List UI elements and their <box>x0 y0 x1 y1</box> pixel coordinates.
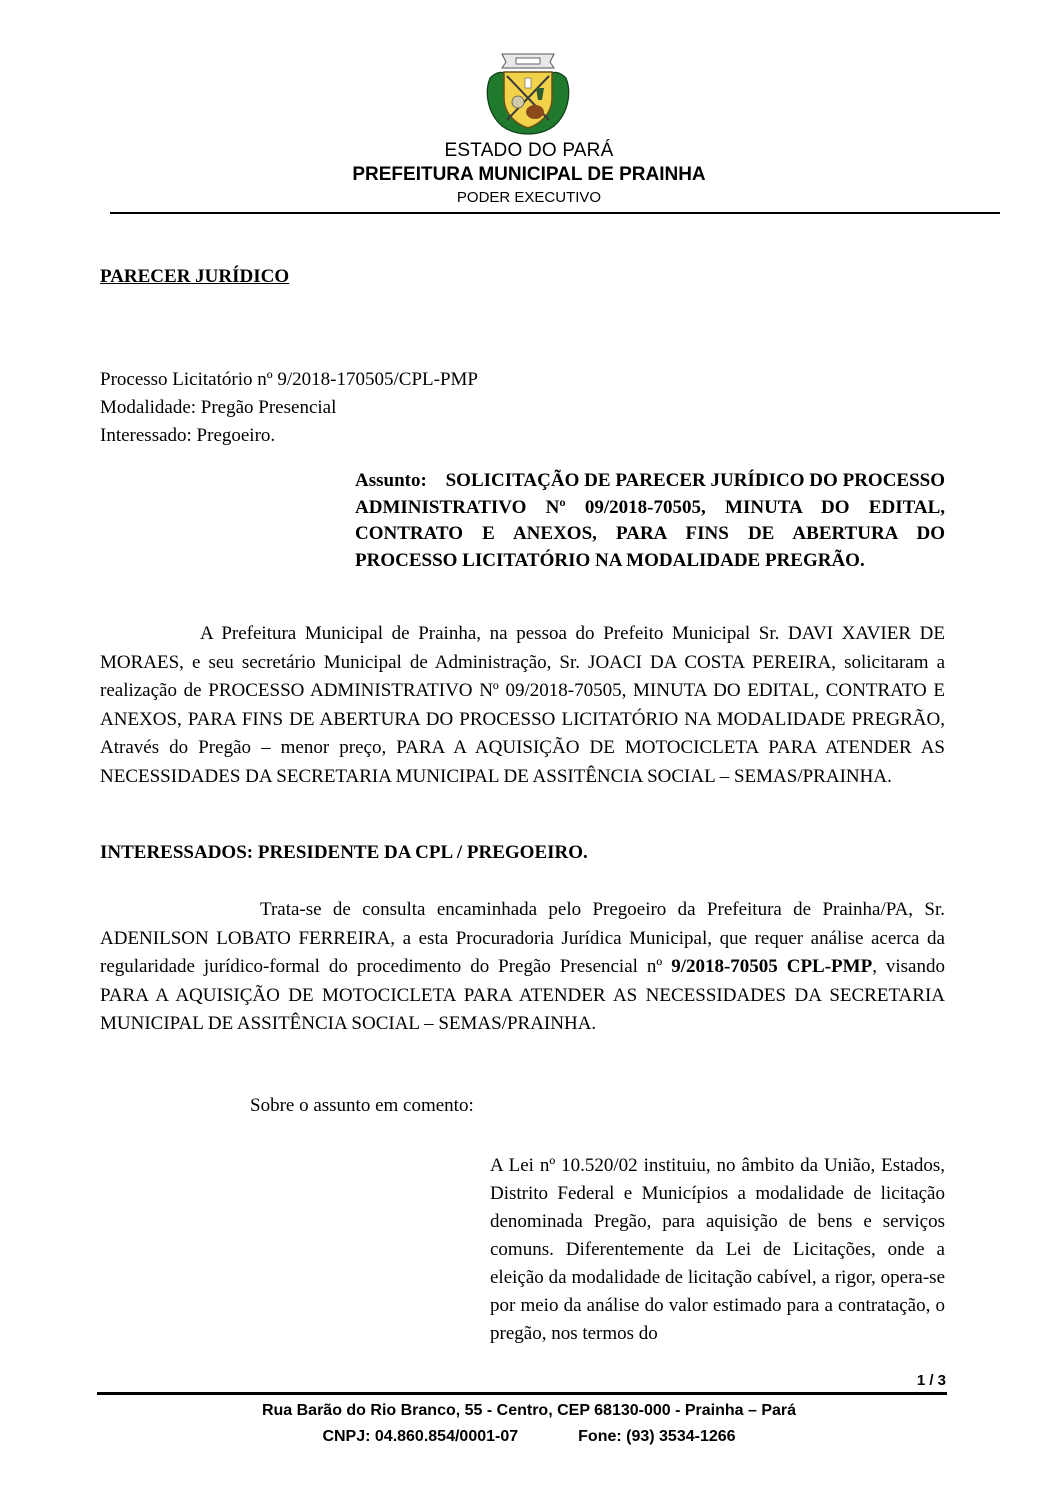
footer-identifiers: CNPJ: 04.860.854/0001-07Fone: (93) 3534-… <box>0 1428 1058 1446</box>
header-divider <box>110 212 1000 214</box>
header-prefecture: PREFEITURA MUNICIPAL DE PRAINHA <box>0 164 1058 186</box>
footer-address: Rua Barão do Rio Branco, 55 - Centro, CE… <box>0 1402 1058 1420</box>
subject-label: Assunto: <box>355 470 427 491</box>
subject-text: SOLICITAÇÃO DE PARECER JURÍDICO DO PROCE… <box>355 470 945 571</box>
header-state: ESTADO DO PARÁ <box>0 140 1058 162</box>
consultation-process-number: 9/2018-70505 CPL-PMP <box>671 956 872 977</box>
footer-cnpj: CNPJ: 04.860.854/0001-07 <box>322 1428 518 1445</box>
coat-of-arms-icon <box>480 48 576 136</box>
document-page: ESTADO DO PARÁ PREFEITURA MUNICIPAL DE P… <box>0 0 1058 1497</box>
paragraph-request: A Prefeitura Municipal de Prainha, na pe… <box>100 620 945 791</box>
paragraph-subject-intro: Sobre o assunto em comento: <box>250 1095 474 1117</box>
document-title: PARECER JURÍDICO <box>100 266 289 288</box>
subject-block: Assunto: SOLICITAÇÃO DE PARECER JURÍDICO… <box>355 468 945 574</box>
paragraph-consultation: Trata-se de consulta encaminhada pelo Pr… <box>100 896 945 1039</box>
page-number: 1 / 3 <box>917 1372 946 1389</box>
process-number: Processo Licitatório nº 9/2018-170505/CP… <box>100 366 478 394</box>
footer-divider <box>97 1392 947 1395</box>
document-meta: Processo Licitatório nº 9/2018-170505/CP… <box>100 366 478 450</box>
interested-party: Interessado: Pregoeiro. <box>100 422 478 450</box>
interested-parties-heading: INTERESSADOS: PRESIDENTE DA CPL / PREGOE… <box>100 842 588 864</box>
paragraph-law: A Lei nº 10.520/02 instituiu, no âmbito … <box>490 1152 945 1348</box>
header-branch: PODER EXECUTIVO <box>0 189 1058 206</box>
footer-phone: Fone: (93) 3534-1266 <box>578 1428 735 1445</box>
modality: Modalidade: Pregão Presencial <box>100 394 478 422</box>
